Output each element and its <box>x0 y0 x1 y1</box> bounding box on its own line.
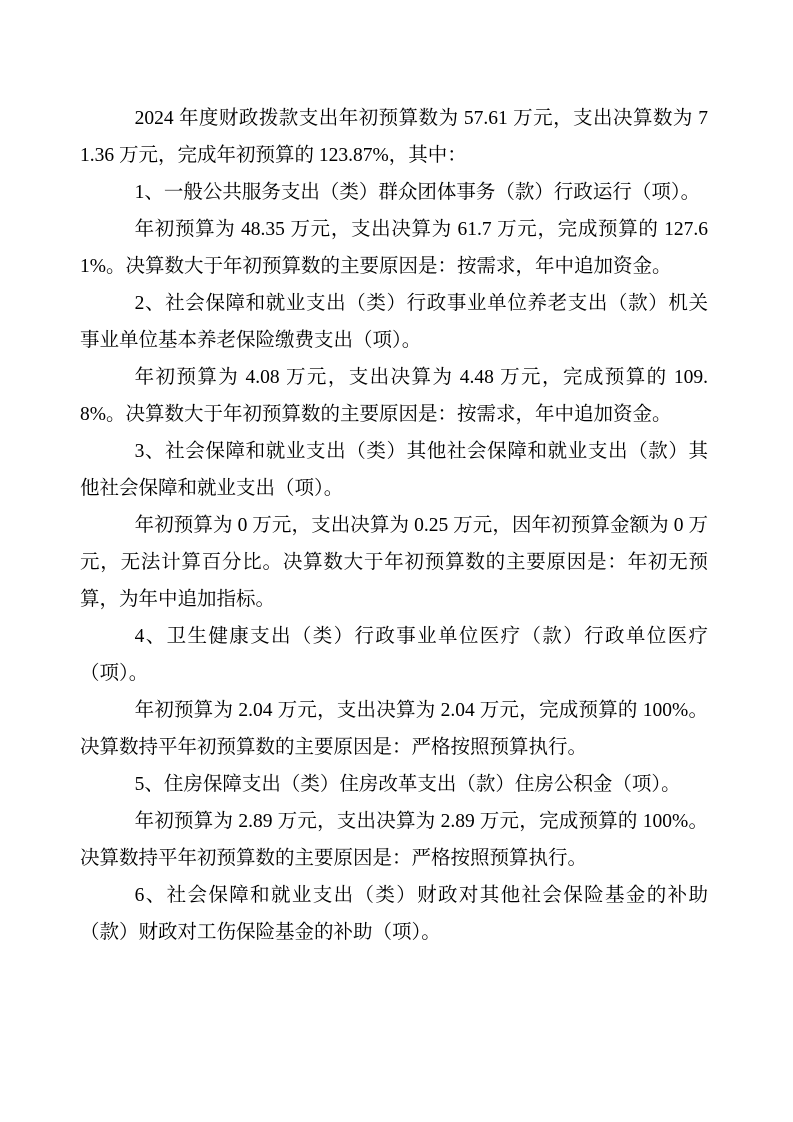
paragraph: 年初预算为 48.35 万元，支出决算为 61.7 万元，完成预算的 127.6… <box>80 211 708 285</box>
paragraph: 5、住房保障支出（类）住房改革支出（款）住房公积金（项）。 <box>80 766 708 803</box>
document-body: 2024 年度财政拨款支出年初预算数为 57.61 万元，支出决算数为 71.3… <box>80 100 708 951</box>
paragraph: 6、社会保障和就业支出（类）财政对其他社会保险基金的补助（款）财政对工伤保险基金… <box>80 877 708 951</box>
paragraph: 年初预算为 2.04 万元，支出决算为 2.04 万元，完成预算的 100%。决… <box>80 692 708 766</box>
document-page: 2024 年度财政拨款支出年初预算数为 57.61 万元，支出决算数为 71.3… <box>0 0 793 1122</box>
paragraph: 3、社会保障和就业支出（类）其他社会保障和就业支出（款）其他社会保障和就业支出（… <box>80 433 708 507</box>
paragraph: 4、卫生健康支出（类）行政事业单位医疗（款）行政单位医疗（项）。 <box>80 618 708 692</box>
paragraph: 年初预算为 0 万元，支出决算为 0.25 万元，因年初预算金额为 0 万元，无… <box>80 507 708 618</box>
paragraph: 2024 年度财政拨款支出年初预算数为 57.61 万元，支出决算数为 71.3… <box>80 100 708 174</box>
paragraph: 年初预算为 2.89 万元，支出决算为 2.89 万元，完成预算的 100%。决… <box>80 803 708 877</box>
paragraph: 1、一般公共服务支出（类）群众团体事务（款）行政运行（项）。 <box>80 174 708 211</box>
paragraph: 2、社会保障和就业支出（类）行政事业单位养老支出（款）机关事业单位基本养老保险缴… <box>80 285 708 359</box>
paragraph: 年初预算为 4.08 万元，支出决算为 4.48 万元，完成预算的 109.8%… <box>80 359 708 433</box>
